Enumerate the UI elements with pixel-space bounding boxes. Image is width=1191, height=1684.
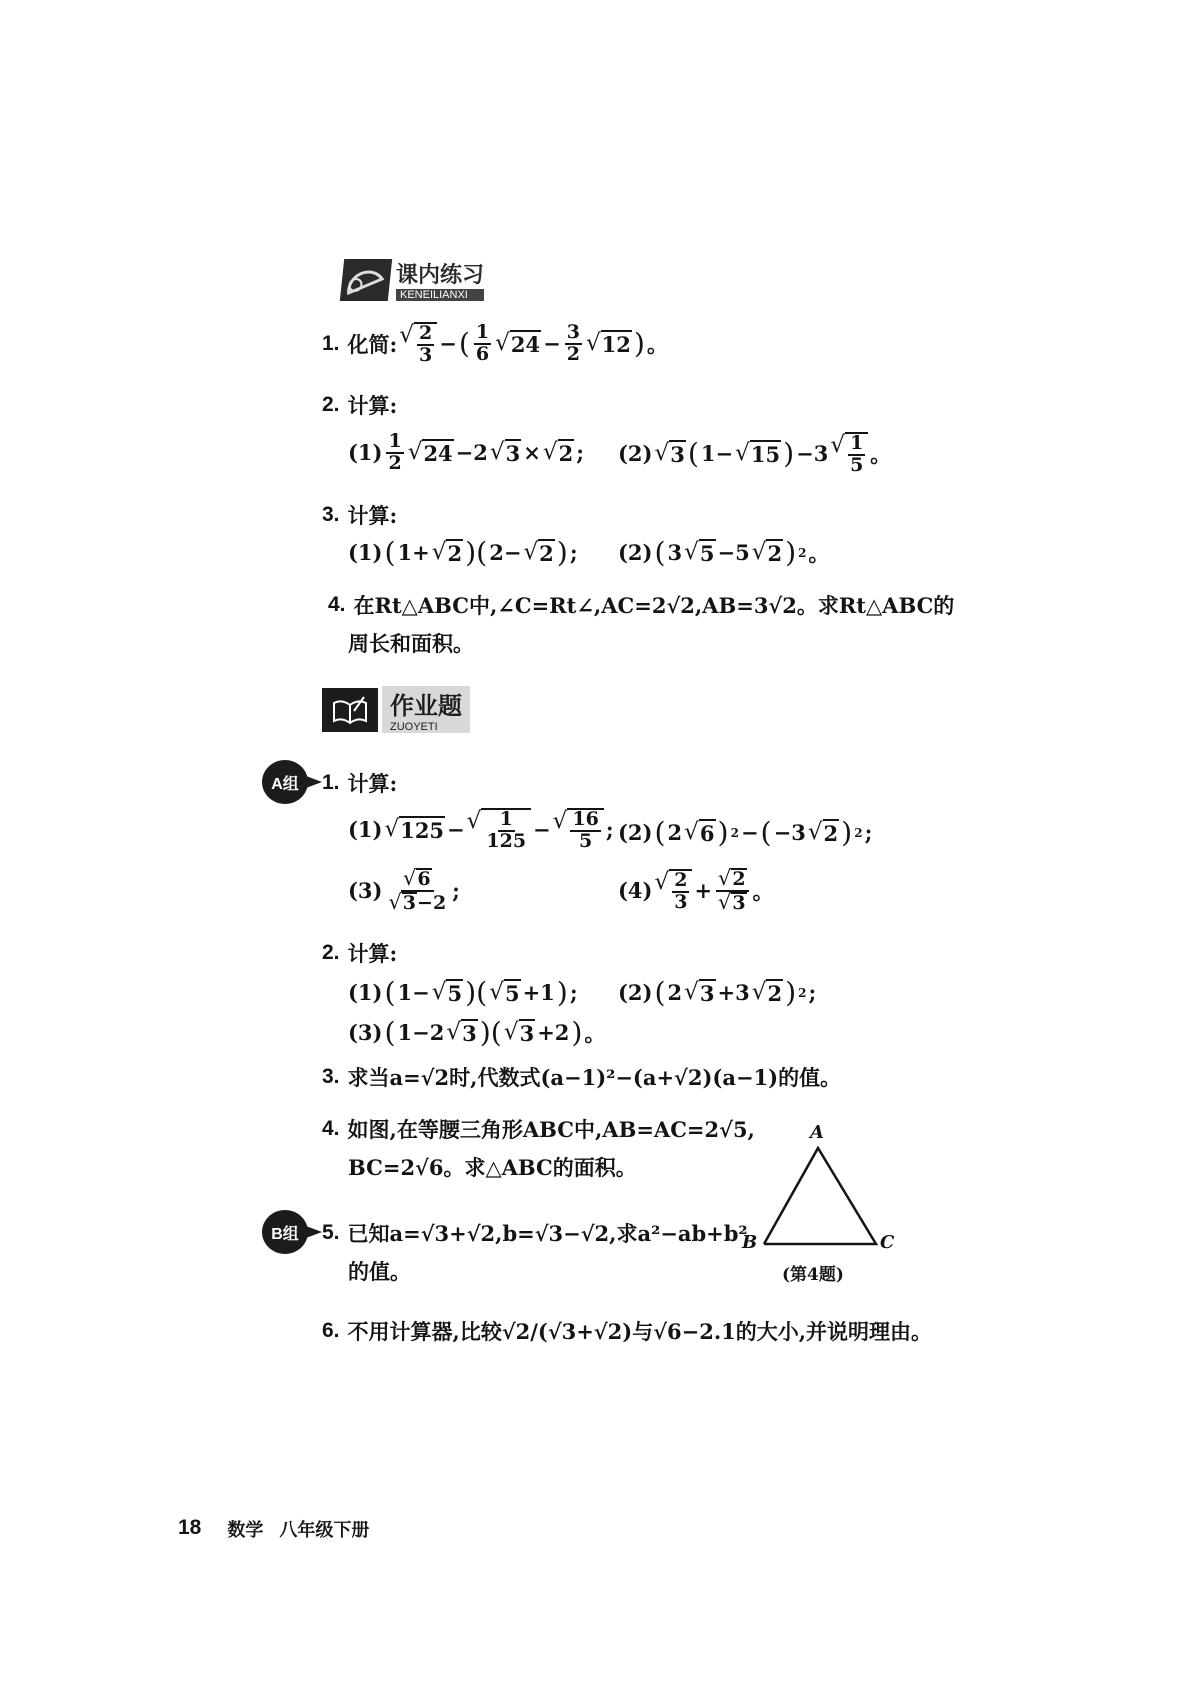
homework-exercise-4: 4. 如图,在等腰三角形ABC中,AB=AC=2√5, (322, 1114, 755, 1144)
homework-exercise-2-label: 2. 计算: (322, 938, 397, 968)
homework-exercise-1-part-1: (1) √125− √1125− √165; (348, 808, 614, 852)
classroom-exercise-2-part-2: (2) √3(1−√15) −3√15。 (618, 432, 891, 476)
homework-exercise-1-label: 1. 计算: (322, 768, 397, 798)
homework-exercise-1-part-3: (3) √6√3−2; (348, 868, 460, 914)
homework-exercise-5-line-2: 的值。 (348, 1256, 411, 1286)
page-number: 18 (178, 1516, 201, 1542)
classroom-exercise-2-part-1: (1) 12√24 −2√3×√2; (348, 432, 584, 474)
group-a-arrow-icon (306, 776, 322, 788)
homework-exercise-1-part-4: (4) √23+ √2√3。 (618, 868, 774, 914)
group-b-arrow-icon (306, 1226, 322, 1238)
section-banner-homework: 作业题 ZUOYETI (322, 686, 470, 733)
homework-exercise-6: 6. 不用计算器,比较√2/(√3+√2)与√6−2.1的大小,并说明理由。 (322, 1316, 932, 1346)
homework-exercise-5: 5. 已知a=√3+√2,b=√3−√2,求a²−ab+b² (322, 1218, 748, 1248)
book-pencil-icon (322, 688, 378, 732)
section-title: 课内练习 (396, 258, 484, 289)
homework-exercise-2-part-2: (2) (2√3+3√2)2; (618, 976, 816, 1009)
subject-label: 数学 (227, 1516, 263, 1542)
homework-exercise-1-part-2: (2) (2√6)2−(−3√2)2; (618, 816, 872, 849)
group-a-badge: A组 (262, 760, 308, 804)
section-title: 作业题 (390, 686, 462, 721)
vertex-label-c: C (880, 1232, 894, 1253)
classroom-exercise-3-part-1: (1) (1+√2)(2−√2); (348, 536, 578, 569)
page-footer: 18 数学 八年级下册 (178, 1516, 369, 1542)
homework-exercise-3: 3. 求当a=√2时,代数式(a−1)²−(a+√2)(a−1)的值。 (322, 1062, 841, 1092)
classroom-exercise-4-line-2: 周长和面积。 (348, 628, 474, 658)
triangle-figure: A B C (第4题) (740, 1120, 900, 1290)
figure-caption: (第4题) (782, 1260, 844, 1285)
section-banner-classroom: 课内练习 KENEILIANXI (342, 258, 484, 301)
grade-label: 八年级下册 (279, 1516, 369, 1542)
vertex-label-a: A (810, 1122, 824, 1143)
homework-exercise-4-line-2: BC=2√6。求△ABC的面积。 (348, 1152, 637, 1182)
homework-exercise-2-part-3: (3) (1−2√3)(√3+2)。 (348, 1016, 605, 1049)
homework-exercise-2-part-1: (1) (1−√5)(√5+1); (348, 976, 578, 1009)
classroom-exercise-3-label: 3. 计算: (322, 500, 397, 530)
classroom-exercise-4: 4. 在Rt△ABC中,∠C=Rt∠,AC=2√2,AB=3√2。求Rt△ABC… (328, 590, 954, 620)
classroom-exercise-3-part-2: (2) (3√5−5√2)2。 (618, 536, 830, 569)
section-subtitle: KENEILIANXI (396, 289, 484, 301)
protractor-icon (340, 259, 392, 301)
classroom-exercise-1: 1. 化简: √23 −( 16√24 − 32√12 )。 (322, 322, 668, 366)
section-subtitle: ZUOYETI (390, 721, 462, 733)
group-b-badge: B组 (262, 1210, 308, 1254)
classroom-exercise-2-label: 2. 计算: (322, 390, 397, 420)
